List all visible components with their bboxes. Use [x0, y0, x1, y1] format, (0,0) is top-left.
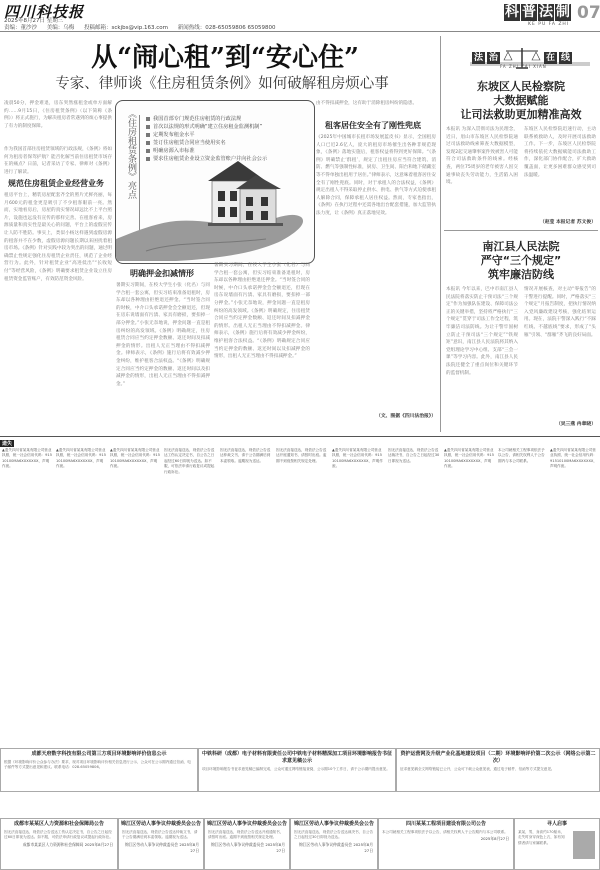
- column-divider: [440, 36, 441, 432]
- headline-line: 东坡区人民检察院: [446, 80, 596, 94]
- notice-title: 成都市某某区人力资源和社会保障局公告: [1, 819, 117, 830]
- classifieds-tag: 遗失: [0, 440, 14, 447]
- section-char: 普: [521, 4, 537, 21]
- article-body: 暑期实习期间，在校大学生小张（化名）与同学合租一套公寓，但实习结束准备退租时，房…: [116, 282, 210, 424]
- column-label-char: 线: [559, 52, 572, 64]
- column-label-char: 治: [487, 52, 500, 64]
- article-body: 东坡区人民检察院迅速行动，主动联系被救助人，及时开展司法救助工作。下一步，东坡区…: [524, 126, 596, 216]
- masthead: 四川科技报 2025年8月27日 星期三 责编：董沙沙 美编：乌梅 投稿邮箱：s…: [0, 0, 600, 34]
- notice-body: 因无法直接送达，现依法公告送达开庭通知书，请按时出庭。逾期不到庭按相关规定处理。: [205, 830, 289, 841]
- infographic-box: 《住房租赁条例》亮点 我国首部专门规范住房租赁的行政法规 首次以法规的形式明确“…: [115, 100, 315, 264]
- highlight-item: 签订住房租赁合同应当使用实名: [146, 139, 267, 147]
- story-divider: [444, 230, 598, 231]
- notice-signature: 锦江区劳动人事争议仲裁委员会 2025年8月27日: [119, 841, 203, 855]
- intro-paragraph: 作为我国首部住房租赁领域的行政法规，《条例》将如何为租房者保驾护航？能否化解当前…: [4, 146, 112, 176]
- notice-body: 因无法直接送达，现依法公告送达仲裁文书，请于公告期满后到本委领取。逾期视为送达。: [119, 830, 203, 841]
- notice-body: 本公司就相关工程事项依法予以公告，请相关权利人于公告期内与本公司联系。: [379, 830, 513, 835]
- article-body: 情况开展核查，对主动“零报告”的干警进行提醒。同时，严格落实“三个规定”月报告制…: [524, 286, 596, 406]
- section-heading: 明确押金扣减情形: [130, 268, 194, 279]
- editorial-line: 责编：董沙沙 美编：乌梅 投稿邮箱：sckjbs@vip.163.com 新闻热…: [4, 23, 276, 31]
- story-headline: 东坡区人民检察院 大数据赋能 让司法救助更加精准高效: [446, 80, 596, 122]
- column-label-char: 法: [472, 52, 485, 64]
- article-credit: （赵莹 本报记者 苏文俊）: [520, 218, 596, 225]
- classified-column: ▲遗失四川省某某有限公司营业执照，统一社会信用代码：91510100MA6XXX…: [332, 448, 384, 746]
- notice-signature: 2025年8月27日: [379, 835, 513, 843]
- section-pinyin: KE PU FA ZHI: [528, 22, 569, 27]
- notice-body: 征求意见稿全文网络链接已公开，公众可下载公众意见表，通过电子邮件、信函等方式提交…: [397, 767, 599, 772]
- notice-title: 四川某某工程项目建设有限公司公告: [379, 819, 513, 830]
- missing-person-notice: 寻人启事 某某，男，身高约170厘米，走失时身穿深色上衣，如有知情者请与家属联系…: [514, 818, 600, 870]
- notice-signature: 锦江区劳动人事争议仲裁委员会 2025年8月27日: [205, 841, 289, 855]
- section-char: 制: [555, 4, 571, 21]
- public-notice: 锦江区劳动人事争议仲裁委员会公告 因无法直接送达，现依法公告送达开庭通知书，请按…: [204, 818, 290, 870]
- classified-column: ▲遗失四川省某某有限公司营业执照，统一社会信用代码：91510100MA6XXX…: [56, 448, 106, 746]
- article-body-continued: 由不得扣减押金，这有助于消除租房纠纷的隐患。: [316, 100, 436, 116]
- classified-column: 因无法直接送达，现依法公告送达工伤认定决定书，自公告之日起经过60日即视为送达。…: [164, 448, 216, 746]
- headline-line: 筑牢廉洁防线: [446, 268, 596, 282]
- article-body: 租房平台上，精装房屋配套齐全的照片光鲜亮丽，每月600元的租金更是吸引了不少租客…: [4, 192, 112, 424]
- intro-paragraph: 凌晨50分，押金难退，房东突然涨租金或单方面解约……9月15日，《住房租赁条例》…: [4, 100, 112, 144]
- article-body: 本报讯 为深入贯彻司法为民理念，近日，眉山市东坡区人民检察院通过司法救助线索筛查…: [446, 126, 518, 224]
- masthead-divider: [0, 31, 600, 32]
- public-notice: 成都市某某区人力资源和社会保障局公告 因无法直接送达，现依法公告送达工伤认定决定…: [0, 818, 118, 870]
- public-notice: 锦江区劳动人事争议仲裁委员会公告 因无法直接送达，现依法公告送达裁决书，自公告之…: [290, 818, 378, 870]
- article-credit: （文、图据《四川法治报》）: [316, 412, 436, 419]
- article-body: 本报讯 今年以来，巴中市南江县人民法院将落实防止干预司法“三个规定”作为加强队伍…: [446, 286, 518, 424]
- article-credit: （吴三燕 冉章晓）: [520, 420, 596, 427]
- highlight-item: 定期发布租金水平: [146, 131, 267, 139]
- classified-column: ▲遗失四川省某某有限公司营业执照，统一社会信用代码：91510100MA6XXX…: [2, 448, 52, 746]
- notice-body: 因无法直接送达，现依法公告送达工伤认定决定书，自公告之日起经过60日即视为送达。…: [1, 830, 117, 841]
- public-notice: 锦江区劳动人事争议仲裁委员会公告 因无法直接送达，现依法公告送达仲裁文书，请于公…: [118, 818, 204, 870]
- section-char: 科: [504, 4, 520, 21]
- highlights-list: 我国首部专门规范住房租赁的行政法规 首次以法规的形式明确“建立住房租金监测机制”…: [146, 115, 267, 163]
- public-notice: 资护运营网及升级产业化基地建设项目（二期）环境影响评价第二次公示（网络公示第二次…: [396, 748, 600, 792]
- notice-body: 某某，男，身高约170厘米，走失时身穿深色上衣，如有知情者请与家属联系。: [515, 830, 569, 846]
- headline-line: 严守“三个规定”: [446, 254, 596, 268]
- notice-title: 中铁科研（成都）电子材料有限责任公司中铁电子材料精深加工项目环境影响报告书征求意…: [199, 749, 395, 767]
- story-headline: 南江县人民法院 严守“三个规定” 筑牢廉洁防线: [446, 240, 596, 282]
- section-heading: 租客居住安全有了刚性兜底: [325, 120, 421, 131]
- notice-title: 成都天府数字科技有限公司第三方项目环境影响评价信息公示: [1, 749, 197, 760]
- classified-column: ▲遗失四川省某某有限公司营业执照，统一社会信用代码：91510100MA6XXX…: [110, 448, 160, 746]
- highlight-item: 明确房源入市标准: [146, 147, 267, 155]
- section-heading: 规范住房租赁企业经营业务: [8, 178, 104, 189]
- classifieds-divider: [0, 436, 600, 437]
- notice-title: 锦江区劳动人事争议仲裁委员会公告: [205, 819, 289, 830]
- notice-body: 因无法直接送达，现依法公告送达裁决书，自公告之日起经过30日即视为送达。: [291, 830, 377, 841]
- headline-line: 南江县人民法院: [446, 240, 596, 254]
- headline-line: 大数据赋能: [446, 94, 596, 108]
- public-notice: 中铁科研（成都）电子材料有限责任公司中铁电子材料精深加工项目环境影响报告书征求意…: [198, 748, 396, 792]
- house-in-hand-illustration: [116, 161, 314, 263]
- notice-title: 锦江区劳动人事争议仲裁委员会公告: [119, 819, 203, 830]
- notice-title: 锦江区劳动人事争议仲裁委员会公告: [291, 819, 377, 830]
- section-title: 科 普 法 制: [504, 4, 571, 21]
- public-notice: 成都天府数字科技有限公司第三方项目环境影响评价信息公示 根据《环境影响评价公众参…: [0, 748, 198, 792]
- notice-title: 寻人启事: [515, 819, 599, 830]
- main-headline: 从“闹心租”到“安心住”: [55, 37, 395, 74]
- notice-body: 项目环境影响报告书征求意见稿已编制完成，公众可通过网络链接查阅，公示期10个工作…: [199, 767, 395, 772]
- headline-line: 让司法救助更加精准高效: [446, 108, 596, 122]
- highlight-item: 首次以法规的形式明确“建立住房租金监测机制”: [146, 123, 267, 131]
- classified-column: ▲遗失四川省某某有限公司营业执照，统一社会信用代码：91510100MA6XXX…: [444, 448, 494, 746]
- notice-signature: 锦江区劳动人事争议仲裁委员会 2025年8月27日: [291, 841, 377, 855]
- notice-body: 根据《环境影响评价公众参与办法》要求，现对项目环境影响评价相关信息进行公示，公众…: [1, 760, 197, 771]
- classified-column: 因无法直接送达，现依法公告送达裁决书，自公告之日起经过30日即视为送达。: [388, 448, 440, 746]
- column-label-char: 在: [544, 52, 557, 64]
- main-subheadline: 专家、律师谈《住房租赁条例》如何破解租房烦心事: [52, 72, 392, 93]
- person-photo: [573, 831, 595, 859]
- article-body-continued: 暑期实习期间，在校大学生小张（化名）与同学合租一套公寓，但实习结束准备退租时，房…: [214, 262, 310, 424]
- notice-title: 资护运营网及升级产业化基地建设项目（二期）环境影响评价第二次公示（网络公示第二次…: [397, 749, 599, 767]
- column-label-pinyin: FA ZHI ZAI XIAN: [500, 64, 547, 69]
- classified-column: 因无法直接送达，现依法公告送达开庭通知书，请按时出庭。逾期不到庭按相关规定处理。: [276, 448, 328, 746]
- classified-column: 本公司就相关工程事项依法予以公告，请相关权利人于公告期内与本公司联系。: [498, 448, 546, 746]
- classified-column: ▲遗失四川省某某有限公司营业执照，统一社会信用代码：91510100MA6XXX…: [550, 448, 598, 746]
- classified-column: 因无法直接送达，现依法公告送达仲裁文书，请于公告期满后到本委领取。逾期视为送达。: [220, 448, 272, 746]
- highlight-item: 我国首部专门规范住房租赁的行政法规: [146, 115, 267, 123]
- section-char: 法: [538, 4, 554, 21]
- notice-signature: 成都市某某区人力资源和社会保障局 2025年8月27日: [1, 841, 117, 849]
- page-number: 07: [577, 3, 600, 23]
- public-notice: 四川某某工程项目建设有限公司公告 本公司就相关工程事项依法予以公告，请相关权利人…: [378, 818, 514, 870]
- article-body: 《2025年中国城市长租市场发展蓝皮书》显示，全国租房人口已近2.6亿人，庞大的…: [316, 134, 436, 410]
